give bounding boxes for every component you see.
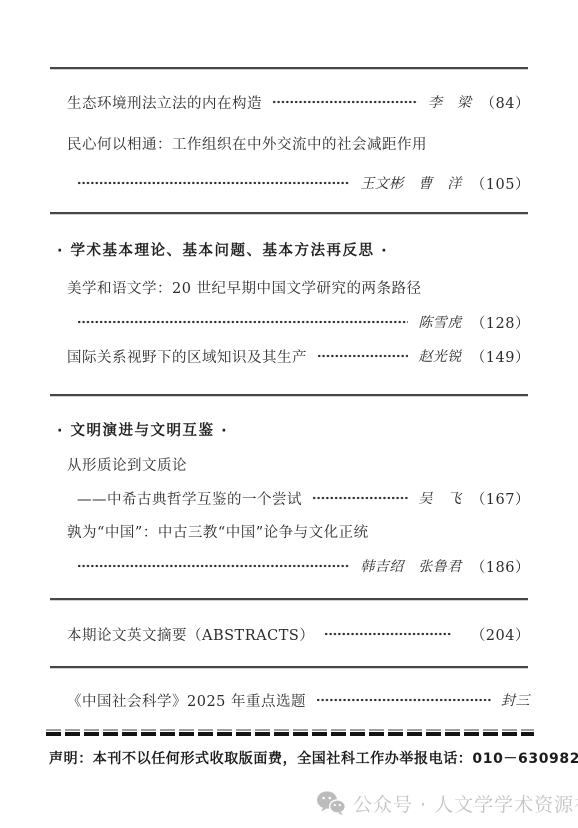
entry-page-number: （105） xyxy=(471,173,530,194)
dot-leader xyxy=(317,345,408,367)
toc-entry: 国际关系视野下的区域知识及其生产 赵光锐 （149） xyxy=(50,345,530,367)
entry-page-number: （186） xyxy=(471,556,530,577)
notice-text: 声明：本刊不以任何形式收取版面费，全国社科工作办举报电话：010－6309827… xyxy=(49,748,578,768)
entry-authors: 吴 飞 xyxy=(418,488,462,508)
wechat-icon xyxy=(316,790,346,816)
toc-entry-subtitle-line: ——中希古典哲学互鉴的一个尝试 吴 飞 （167） xyxy=(50,487,530,509)
entry-authors: 陈雪虎 xyxy=(418,312,462,332)
entry-title: 孰为“中国”：中古三教“中国”论争与文化正统 xyxy=(67,521,369,542)
divider-line xyxy=(50,598,528,601)
entry-authors: 韩吉绍 张鲁君 xyxy=(360,556,462,576)
dashed-divider-thick xyxy=(46,732,534,736)
toc-entry-title-line: 民心何以相通：工作组织在中外交流中的社会减距作用 xyxy=(50,132,530,154)
section-header: · 学术基本理论、基本问题、基本方法再反思 · xyxy=(50,238,530,260)
dot-leader xyxy=(272,91,418,113)
toc-entry-highlight: 《中国社会科学》2025 年重点选题 封三 xyxy=(50,689,530,711)
dashed-divider-thin xyxy=(46,729,534,731)
toc-entry-title-line: 从形质论到文质论 xyxy=(50,453,530,475)
entry-title: 美学和语文学：20 世纪早期中国文学研究的两条路径 xyxy=(67,277,422,298)
dot-leader xyxy=(312,487,408,509)
dot-leader xyxy=(77,555,350,577)
watermark-text: 公众号 · 人文学学术资源在线 xyxy=(353,790,578,817)
dot-leader xyxy=(324,623,451,645)
dot-leader xyxy=(77,172,350,194)
toc-entry: 生态环境刑法立法的内在构造 李 梁 （84） xyxy=(50,91,530,113)
dot-leader xyxy=(77,311,408,333)
toc-entry-continuation: 陈雪虎 （128） xyxy=(50,311,530,333)
entry-page-number: （128） xyxy=(471,312,530,333)
entry-authors: 王文彬 曹 洋 xyxy=(360,173,462,193)
entry-title: 本期论文英文摘要（ABSTRACTS） xyxy=(67,624,314,645)
entry-page-number: （167） xyxy=(471,488,530,509)
journal-toc-page: 生态环境刑法立法的内在构造 李 梁 （84） 民心何以相通：工作组织在中外交流中… xyxy=(0,0,578,828)
entry-title: 生态环境刑法立法的内在构造 xyxy=(67,92,262,113)
toc-entry-continuation: 王文彬 曹 洋 （105） xyxy=(50,172,530,194)
entry-title: 《中国社会科学》2025 年重点选题 xyxy=(67,690,306,711)
watermark: 公众号 · 人文学学术资源在线 xyxy=(316,789,578,817)
divider-line xyxy=(50,67,528,70)
notice-line: 声明：本刊不以任何形式收取版面费，全国社科工作办举报电话：010－6309827… xyxy=(49,747,534,769)
entry-title: 从形质论到文质论 xyxy=(67,454,187,475)
entry-subtitle: ——中希古典哲学互鉴的一个尝试 xyxy=(77,488,302,509)
entry-page-number: （204） xyxy=(471,624,530,645)
section-header-text: · 学术基本理论、基本问题、基本方法再反思 · xyxy=(57,239,388,260)
divider-line xyxy=(50,394,528,397)
entry-page-label: 封三 xyxy=(501,690,530,710)
entry-authors: 赵光锐 xyxy=(418,346,462,366)
section-header: · 文明演进与文明互鉴 · xyxy=(50,418,530,440)
entry-page-number: （84） xyxy=(481,92,530,113)
toc-entry-abstracts: 本期论文英文摘要（ABSTRACTS） （204） xyxy=(50,623,530,645)
dot-leader xyxy=(316,689,491,711)
divider-line xyxy=(50,666,528,669)
dashed-divider xyxy=(46,729,534,736)
divider-line xyxy=(50,212,528,215)
entry-authors: 李 梁 xyxy=(428,92,472,112)
toc-entry-continuation: 韩吉绍 张鲁君 （186） xyxy=(50,555,530,577)
entry-title: 民心何以相通：工作组织在中外交流中的社会减距作用 xyxy=(67,133,427,154)
toc-entry-title-line: 美学和语文学：20 世纪早期中国文学研究的两条路径 xyxy=(50,276,530,298)
entry-title: 国际关系视野下的区域知识及其生产 xyxy=(67,346,307,367)
entry-page-number: （149） xyxy=(471,346,530,367)
toc-entry-title-line: 孰为“中国”：中古三教“中国”论争与文化正统 xyxy=(50,520,530,542)
section-header-text: · 文明演进与文明互鉴 · xyxy=(57,419,228,440)
